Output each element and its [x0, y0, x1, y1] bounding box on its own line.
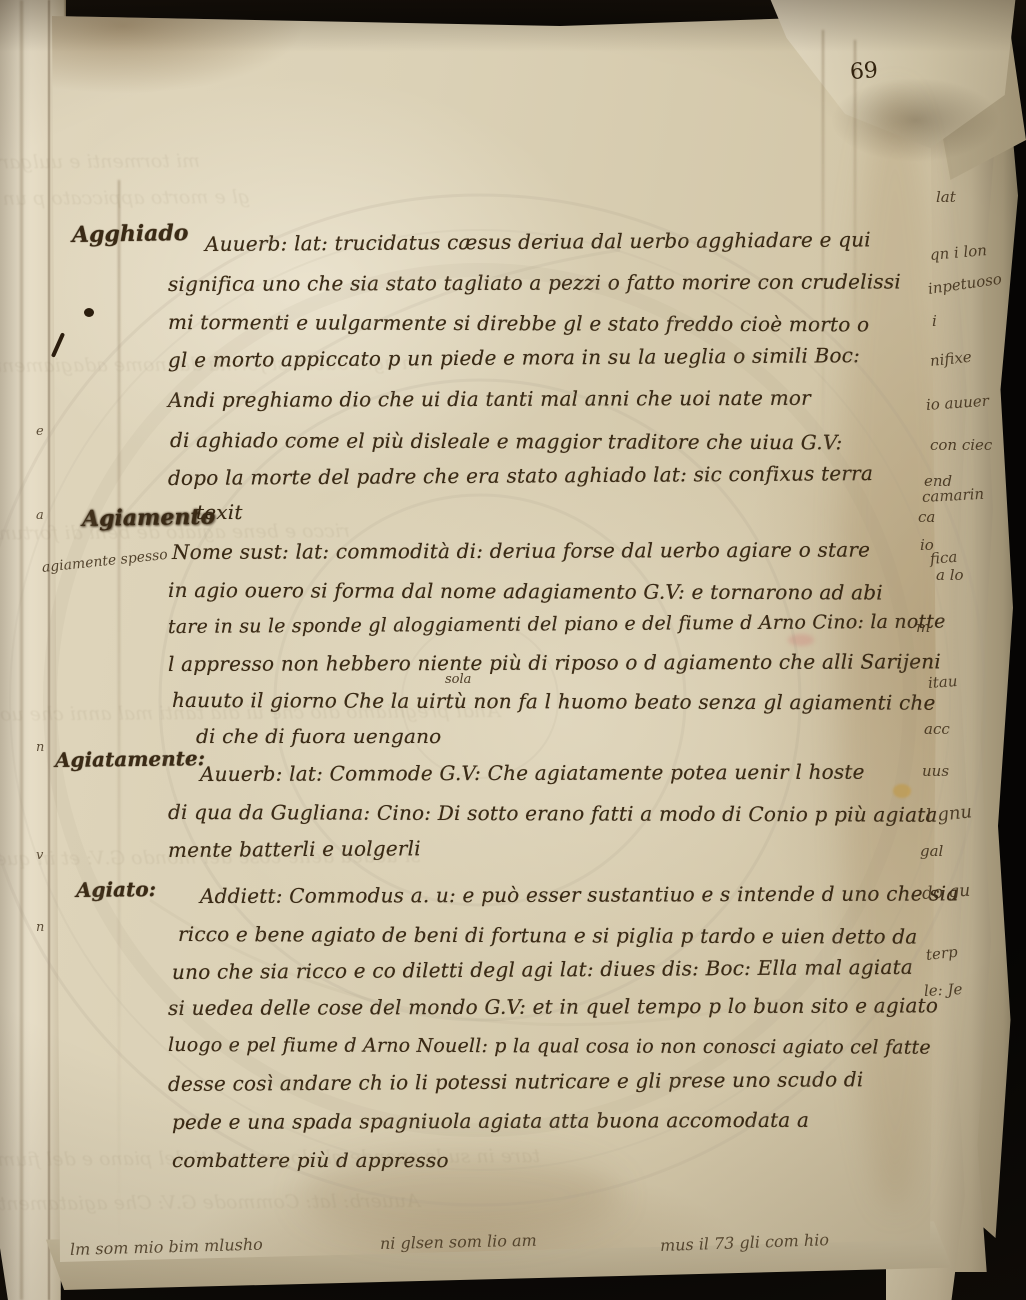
edge-fragment: a: [36, 508, 44, 523]
entry-line: desse così andare ch io li potessi nutri…: [168, 1067, 864, 1096]
edge-fragment: e: [36, 424, 44, 439]
entry-line: Auuerb: lat: trucidatus cæsus deriua dal…: [205, 227, 871, 256]
entry-line: uno che sia ricco e co diletti degl agi …: [172, 955, 913, 984]
handwritten-text-layer: 69 mi tormenti e uulgarmente si direbbe …: [0, 0, 1026, 1300]
entry-line: combattere più d appresso: [172, 1148, 449, 1172]
edge-fragment: io auuer: [925, 392, 989, 414]
edge-fragment: camarin: [922, 485, 985, 506]
edge-fragment: do gu: [921, 881, 971, 904]
entry-line: Addiett: Commodus a. u: e può esser sust…: [200, 881, 959, 908]
edge-fragment: terp: [925, 943, 958, 964]
edge-fragment: fica: [929, 548, 958, 568]
edge-fragment: le: Je: [924, 980, 963, 1000]
edge-fragment: m: [916, 618, 930, 636]
edge-fragment: gal: [920, 842, 943, 860]
page-number: 69: [849, 58, 879, 85]
entry-line: si uedea delle cose del mondo G.V: et in…: [168, 993, 938, 1020]
entry-line: Nome sust: lat: commodità di: deriua for…: [172, 538, 870, 564]
bleed-through-text: Auuerb: lat: Commode G.V: Che agiatament…: [0, 1190, 420, 1216]
edge-fragment: lat: [936, 188, 956, 206]
entry-line: di qua da Gugliana: Cino: Di sotto erano…: [168, 800, 938, 827]
edge-fragment: v: [36, 848, 43, 863]
margin-note: agiamente spesso: [41, 547, 168, 576]
interlinear-insertion: sola: [445, 672, 471, 687]
edge-fragment: con ciec: [930, 436, 992, 454]
headword-agghiado: Agghiado: [72, 220, 189, 248]
edge-fragment: l gnu: [925, 801, 973, 827]
entry-line: Auuerb: lat: Commode G.V: Che agiatament…: [200, 760, 865, 786]
entry-line: mente batterli e uolgerli: [168, 836, 421, 862]
entry-line: tare in su le sponde gl aloggiamenti del…: [168, 611, 946, 638]
entry-line: ricco e bene agiato de beni di fortuna e…: [178, 922, 918, 949]
entry-line: significa uno che sia stato tagliato a p…: [168, 269, 901, 296]
headword-agiamento: Agiamento: [82, 504, 216, 532]
entry-line: luogo e pel fiume d Arno Nouell: p la qu…: [168, 1034, 931, 1059]
edge-fragment: uus: [922, 762, 949, 780]
edge-fragment: acc: [924, 720, 950, 738]
headword-agiato: Agiato:: [76, 877, 156, 902]
edge-fragment: nifixe: [929, 348, 972, 370]
right-edge-fragments: lat qn i lon inpetuoso i nifixe io auuer…: [896, 150, 1022, 1030]
bleed-through-text: mi tormenti e uulgarmente si direbbe gl …: [0, 150, 200, 177]
bleed-through-text: gl e morto appiccato p un piede e mora i…: [0, 186, 250, 212]
edge-fragment: a lo: [936, 566, 964, 584]
entry-line: hauuto il giorno Che la uirtù non fa l h…: [172, 688, 936, 715]
entry-line: gl e morto appiccato p un piede e mora i…: [168, 343, 860, 372]
edge-fragment: qn i lon: [929, 241, 987, 264]
entry-line: dopo la morte del padre che era stato ag…: [168, 461, 873, 490]
entry-line: mi tormenti e uulgarmente si direbbe gl …: [168, 310, 869, 336]
edge-fragment: n: [36, 740, 44, 755]
entry-line: di che di fuora uengano: [196, 724, 441, 748]
entry-line: in agio ouero si forma dal nome adagiame…: [168, 578, 883, 604]
edge-fragment: n: [36, 920, 44, 935]
edge-fragment: mus il 73 gli com hio: [660, 1230, 830, 1255]
entry-line: Andi preghiamo dio che ui dia tanti mal …: [168, 386, 811, 412]
entry-line: pede e una spada spagniuola agiata atta …: [172, 1108, 809, 1134]
edge-fragment: ca: [918, 508, 935, 526]
edge-fragment: itau: [927, 672, 958, 692]
entry-line: di aghiado come el più disleale e maggio…: [170, 428, 843, 454]
edge-fragment: ni glsen som lio am: [380, 1231, 537, 1253]
edge-fragment: inpetuoso: [927, 270, 1003, 298]
edge-fragment: i: [932, 312, 937, 330]
manuscript-scan: 69 mi tormenti e uulgarmente si direbbe …: [0, 0, 1026, 1300]
headword-agiatamente: Agiatamente:: [55, 746, 205, 772]
entry-line: l appresso non hebbero niente più di rip…: [168, 649, 941, 676]
edge-fragment: lm som mio bim mlusho: [70, 1235, 263, 1259]
